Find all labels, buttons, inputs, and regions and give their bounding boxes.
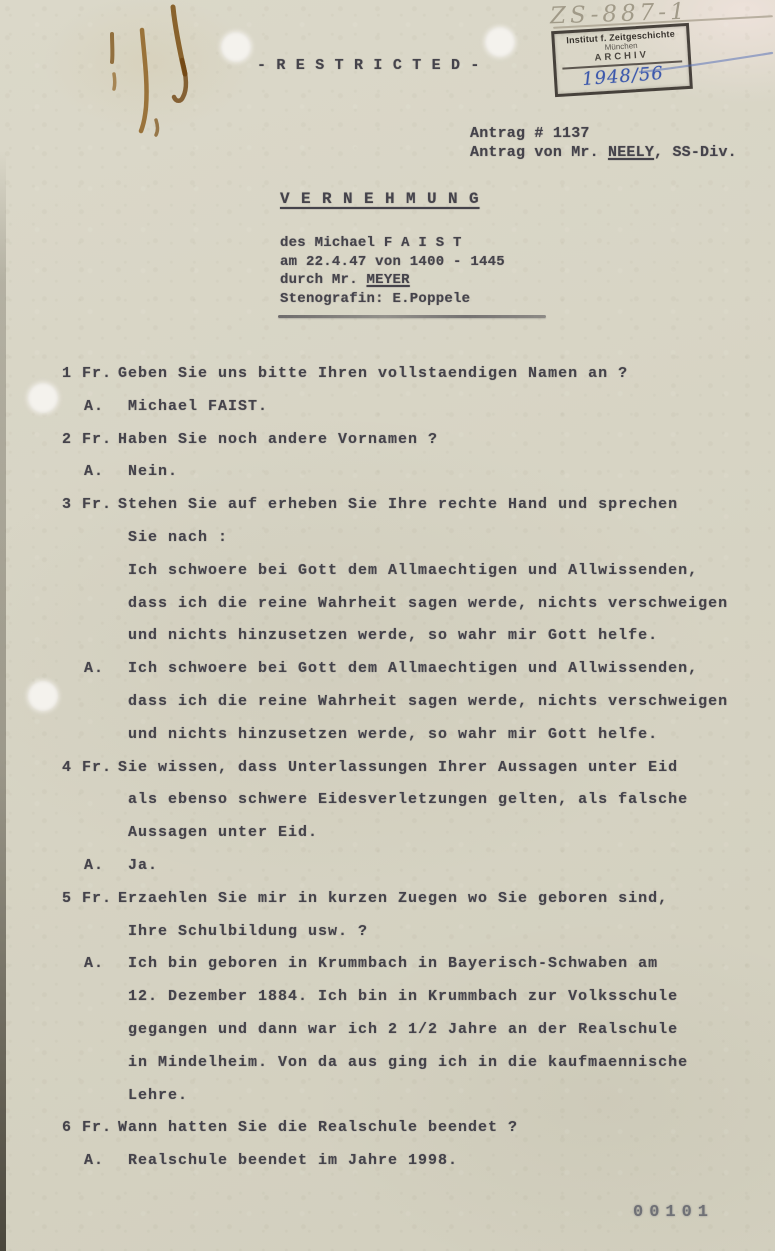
question-line: 4 Fr.Sie wissen, dass Unterlassungen Ihr… — [0, 759, 775, 792]
line-text: Realschule beendet im Jahre 1998. — [128, 1152, 458, 1185]
subject-interrogator-line: durch Mr. MEYER — [280, 271, 505, 290]
line-text: Ich schwoere bei Gott dem Allmaechtigen … — [128, 562, 698, 595]
line-text: Sie nach : — [128, 529, 228, 562]
page-number-stamp: 00101 — [633, 1203, 714, 1222]
continuation-line: dass ich die reine Wahrheit sagen werde,… — [0, 693, 775, 726]
blue-pen-squiggle — [638, 50, 775, 78]
continuation-line: Lehre. — [0, 1087, 775, 1120]
question-line: 2 Fr.Haben Sie noch andere Vornamen ? — [0, 431, 775, 464]
continuation-line: und nichts hinzusetzen werde, so wahr mi… — [0, 627, 775, 660]
continuation-line: gegangen und dann war ich 2 1/2 Jahre an… — [0, 1021, 775, 1054]
line-label: 3 Fr. — [62, 496, 118, 529]
line-label: 5 Fr. — [62, 890, 118, 923]
line-text: 12. Dezember 1884. Ich bin in Krummbach … — [128, 988, 678, 1021]
line-text: als ebenso schwere Eidesverletzungen gel… — [128, 791, 688, 824]
answer-line: A.Ich schwoere bei Gott dem Allmaechtige… — [0, 660, 775, 693]
classification-header: - R E S T R I C T E D - — [257, 57, 480, 74]
question-line: 3 Fr.Stehen Sie auf erheben Sie Ihre rec… — [0, 496, 775, 529]
continuation-line: Aussagen unter Eid. — [0, 824, 775, 857]
line-text: Haben Sie noch andere Vornamen ? — [118, 431, 438, 464]
line-text: Geben Sie uns bitte Ihren vollstaendigen… — [118, 365, 628, 398]
line-text: dass ich die reine Wahrheit sagen werde,… — [128, 595, 728, 628]
line-label: A. — [84, 857, 128, 890]
scanned-document-page: ZS-887-1 Institut f. Zeitgeschichte Münc… — [0, 0, 775, 1251]
question-line: 5 Fr.Erzaehlen Sie mir in kurzen Zuegen … — [0, 890, 775, 923]
line-text: Michael FAIST. — [128, 398, 268, 431]
continuation-line: Sie nach : — [0, 529, 775, 562]
line-text: Nein. — [128, 463, 178, 496]
line-text: und nichts hinzusetzen werde, so wahr mi… — [128, 726, 658, 759]
request-reference-block: Antrag # 1137 Antrag von Mr. NEELY, SS-D… — [470, 124, 737, 162]
question-line: 6 Fr.Wann hatten Sie die Realschule been… — [0, 1119, 775, 1152]
line-text: Stehen Sie auf erheben Sie Ihre rechte H… — [118, 496, 678, 529]
answer-line: A.Ich bin geboren in Krummbach in Bayeri… — [0, 955, 775, 988]
line-text: Wann hatten Sie die Realschule beendet ? — [118, 1119, 518, 1152]
request-number-line: Antrag # 1137 — [470, 124, 737, 143]
answer-line: A.Ja. — [0, 857, 775, 890]
line-text: in Mindelheim. Von da aus ging ich in di… — [128, 1054, 688, 1087]
document-title: V E R N E H M U N G — [280, 190, 480, 208]
interrogation-transcript: 1 Fr.Geben Sie uns bitte Ihren vollstaen… — [0, 365, 775, 1185]
line-label: A. — [84, 660, 128, 693]
punch-hole — [221, 32, 251, 62]
subject-stenographer-line: Stenografin: E.Poppele — [280, 290, 505, 309]
request-by-line: Antrag von Mr. NEELY, SS-Div. — [470, 143, 737, 162]
line-label: A. — [84, 955, 128, 988]
continuation-line: 12. Dezember 1884. Ich bin in Krummbach … — [0, 988, 775, 1021]
subject-date-line: am 22.4.47 von 1400 - 1445 — [280, 253, 505, 272]
continuation-line: dass ich die reine Wahrheit sagen werde,… — [0, 595, 775, 628]
header-underline-rule — [278, 315, 546, 318]
line-label: A. — [84, 463, 128, 496]
line-text: gegangen und dann war ich 2 1/2 Jahre an… — [128, 1021, 678, 1054]
continuation-line: als ebenso schwere Eidesverletzungen gel… — [0, 791, 775, 824]
subject-name-line: des Michael F A I S T — [280, 234, 505, 253]
answer-line: A.Realschule beendet im Jahre 1998. — [0, 1152, 775, 1185]
question-line: 1 Fr.Geben Sie uns bitte Ihren vollstaen… — [0, 365, 775, 398]
line-text: Ich bin geboren in Krummbach in Bayerisc… — [128, 955, 658, 988]
line-text: dass ich die reine Wahrheit sagen werde,… — [128, 693, 728, 726]
subject-block: des Michael F A I S T am 22.4.47 von 140… — [280, 234, 505, 308]
line-text: Aussagen unter Eid. — [128, 824, 318, 857]
line-text: Sie wissen, dass Unterlassungen Ihrer Au… — [118, 759, 678, 792]
line-label: 6 Fr. — [62, 1119, 118, 1152]
punch-hole — [485, 27, 515, 57]
continuation-line: und nichts hinzusetzen werde, so wahr mi… — [0, 726, 775, 759]
line-text: Ja. — [128, 857, 158, 890]
request-by-name: NEELY — [608, 144, 654, 161]
line-text: Ihre Schulbildung usw. ? — [128, 923, 368, 956]
line-text: Lehre. — [128, 1087, 188, 1120]
line-label: 1 Fr. — [62, 365, 118, 398]
continuation-line: Ich schwoere bei Gott dem Allmaechtigen … — [0, 562, 775, 595]
continuation-line: in Mindelheim. Von da aus ging ich in di… — [0, 1054, 775, 1087]
interrogator-prefix: durch Mr. — [280, 272, 367, 288]
line-label: 2 Fr. — [62, 431, 118, 464]
line-label: A. — [84, 398, 128, 431]
answer-line: A.Michael FAIST. — [0, 398, 775, 431]
line-label: A. — [84, 1152, 128, 1185]
interrogator-name: MEYER — [367, 272, 410, 288]
request-by-prefix: Antrag von Mr. — [470, 144, 608, 161]
line-text: und nichts hinzusetzen werde, so wahr mi… — [128, 627, 658, 660]
line-label: 4 Fr. — [62, 759, 118, 792]
answer-line: A.Nein. — [0, 463, 775, 496]
line-text: Erzaehlen Sie mir in kurzen Zuegen wo Si… — [118, 890, 668, 923]
continuation-line: Ihre Schulbildung usw. ? — [0, 923, 775, 956]
request-by-suffix: , SS-Div. — [654, 144, 737, 161]
line-text: Ich schwoere bei Gott dem Allmaechtigen … — [128, 660, 698, 693]
handwritten-ink-strokes — [98, 2, 198, 137]
